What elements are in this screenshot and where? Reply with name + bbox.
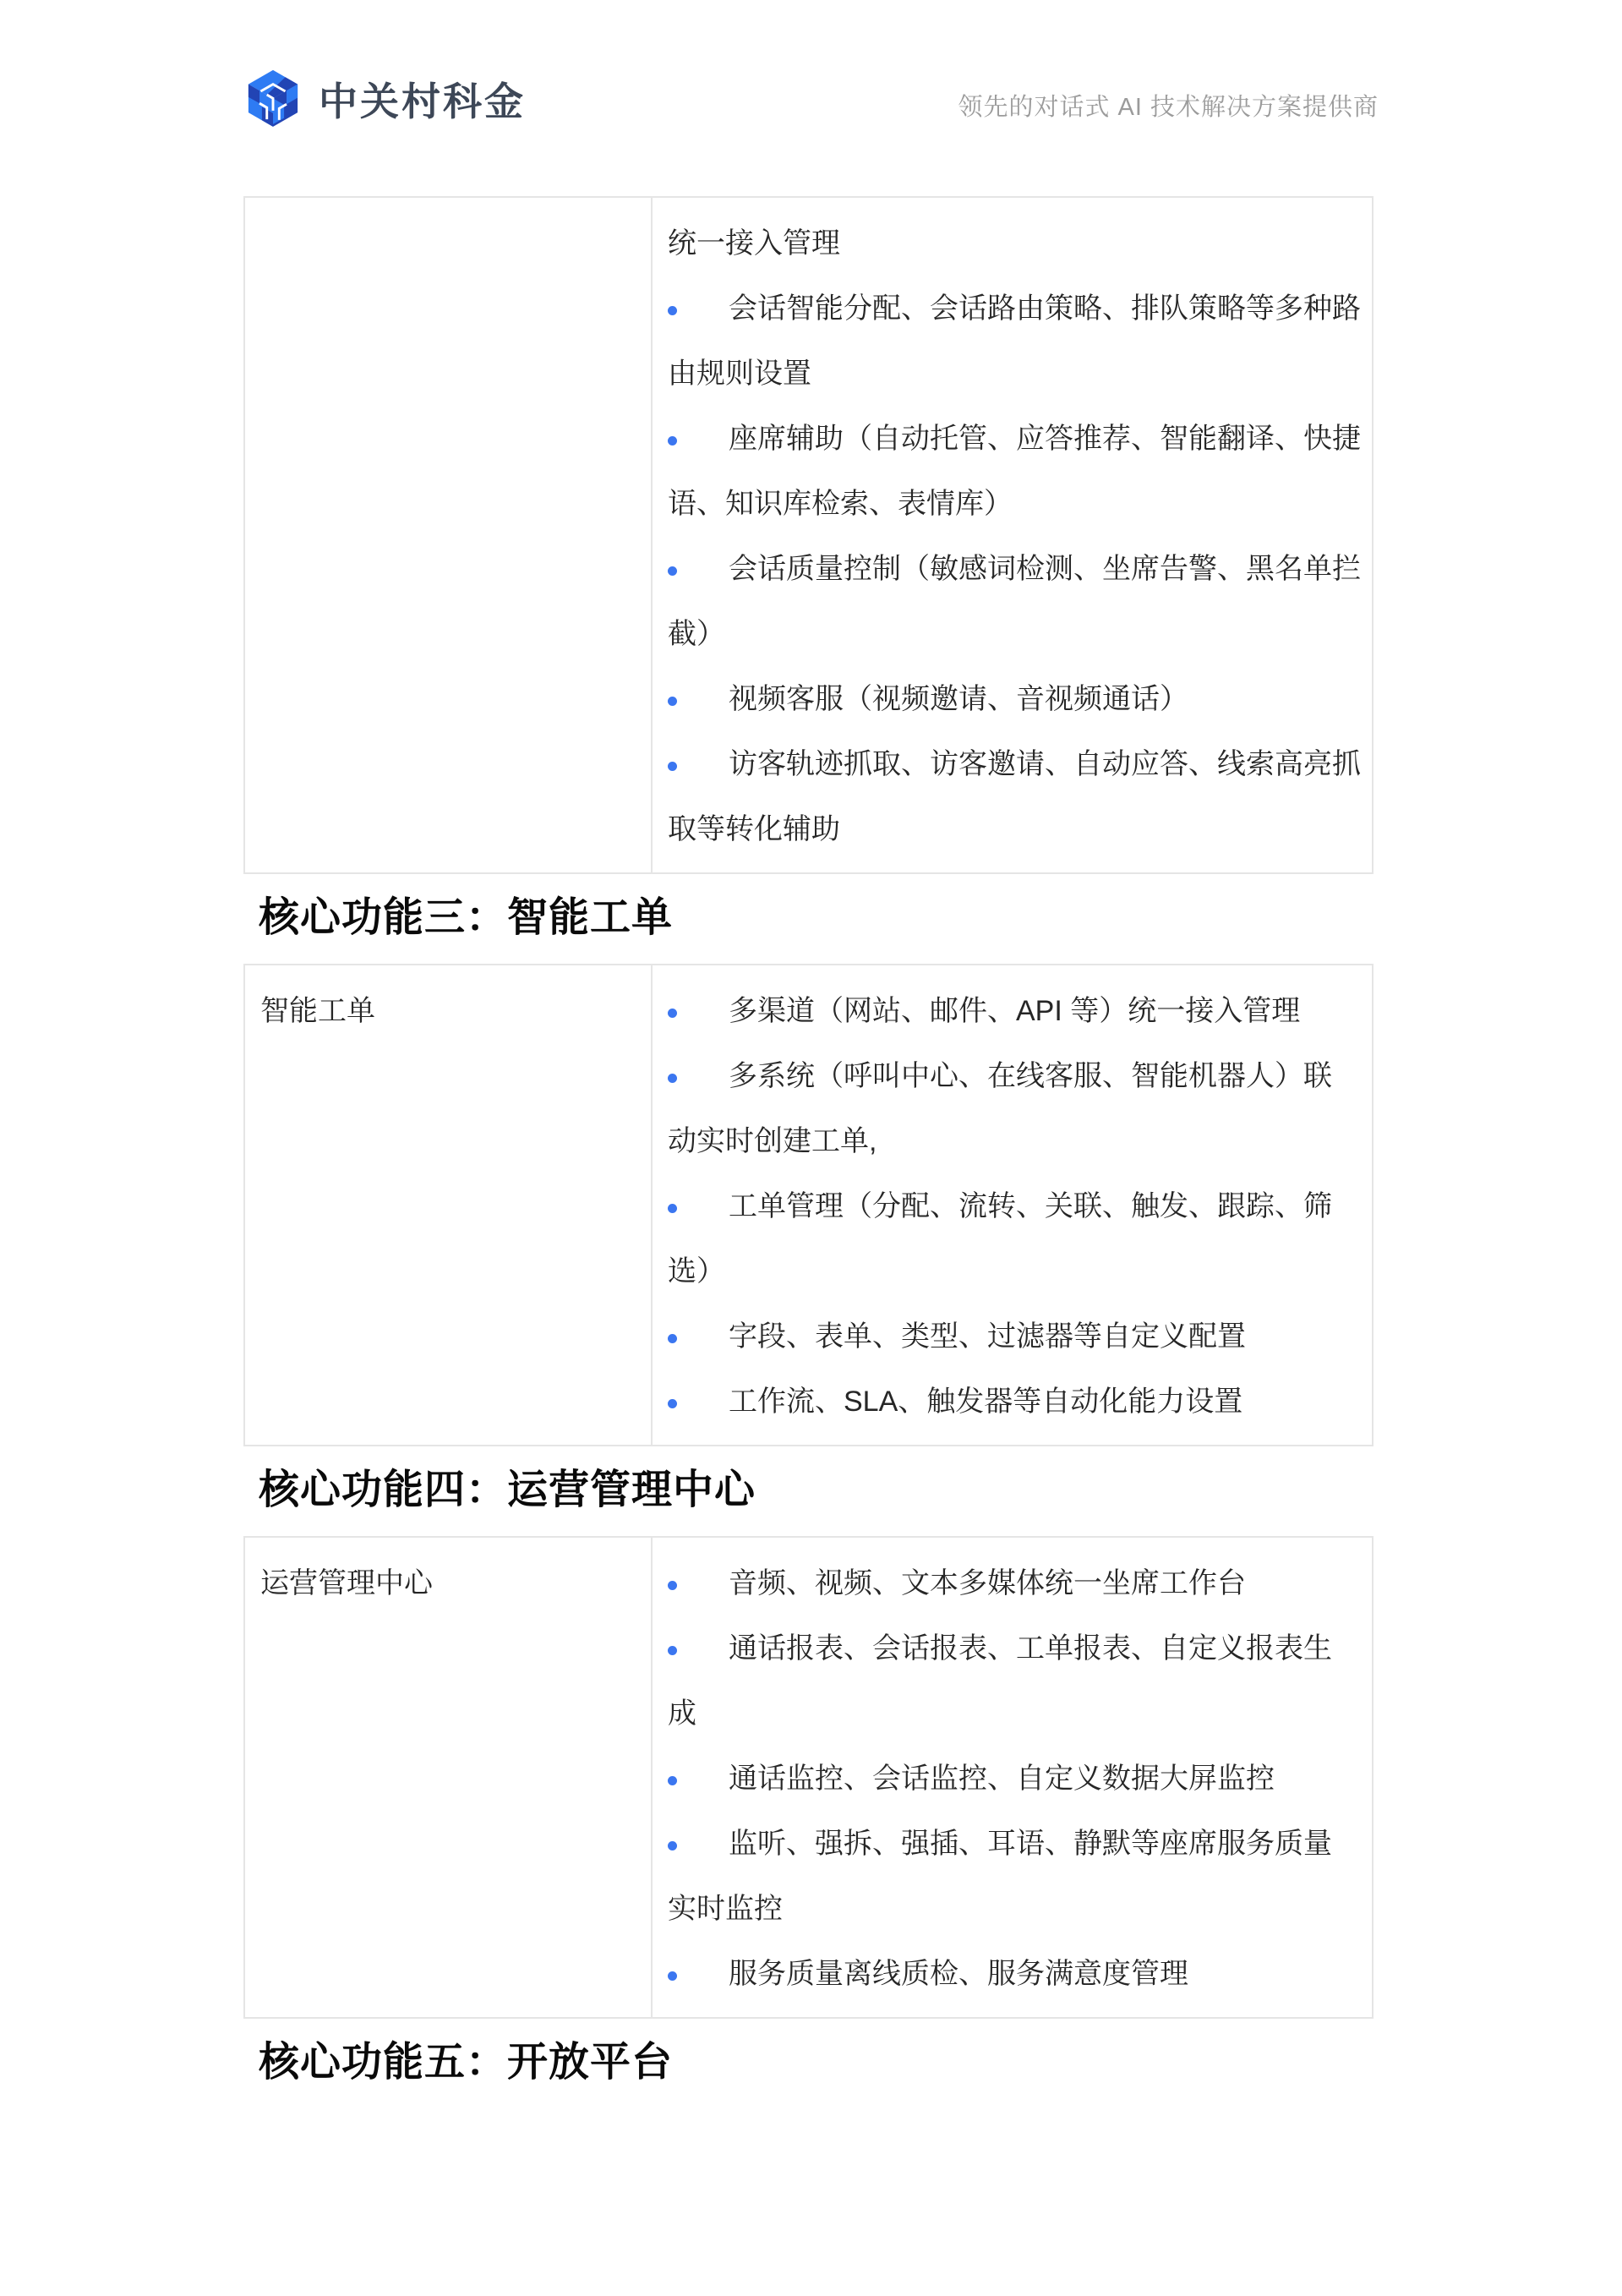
bullet-line: 多渠道（网站、邮件、API 等）统一接入管理 [668,979,1357,1044]
document-content: 统一接入管理会话智能分配、会话路由策略、排队策略等多种路由规则设置座席辅助（自动… [243,196,1374,2108]
bullet-dot-icon [668,1399,677,1408]
bullet-line: 工单管理（分配、流转、关联、触发、跟踪、筛 [668,1174,1357,1239]
bullet-line: 字段、表单、类型、过滤器等自定义配置 [668,1304,1357,1369]
text-line: 实时监控 [668,1877,1357,1942]
text-line: 由规则设置 [668,342,1357,407]
table-label-cell: 智能工单 [244,965,652,1446]
text-line: 成 [668,1681,1357,1747]
bullet-dot-icon [668,1074,677,1083]
bullet-dot-icon [668,1646,677,1655]
table-row: 运营管理中心 音频、视频、文本多媒体统一坐席工作台通话报表、会话报表、工单报表、… [244,1537,1373,2018]
bullet-dot-icon [668,762,677,771]
bullet-line: 通话报表、会话报表、工单报表、自定义报表生 [668,1616,1357,1681]
table-label-cell: 运营管理中心 [244,1537,652,2018]
table-label-cell [244,197,652,873]
header-tagline: 领先的对话式 AI 技术解决方案提供商 [958,88,1379,123]
bullet-dot-icon [668,306,677,315]
bullet-line: 会话智能分配、会话路由策略、排队策略等多种路 [668,276,1357,342]
bullet-line: 会话质量控制（敏感词检测、坐席告警、黑名单拦 [668,537,1357,602]
bullet-dot-icon [668,1841,677,1850]
bullet-line: 监听、强拆、强插、耳语、静默等座席服务质量 [668,1812,1357,1877]
text-line: 截） [668,602,1357,667]
cube-logo-icon [241,68,305,135]
bullet-dot-icon [668,697,677,706]
text-line: 选） [668,1239,1357,1304]
bullet-dot-icon [668,1581,677,1590]
table-content-cell: 多渠道（网站、邮件、API 等）统一接入管理多系统（呼叫中心、在线客服、智能机器… [652,965,1373,1446]
feature-table-operation-center: 运营管理中心 音频、视频、文本多媒体统一坐席工作台通话报表、会话报表、工单报表、… [243,1536,1374,2019]
bullet-line: 访客轨迹抓取、访客邀请、自动应答、线索高亮抓 [668,732,1357,797]
bullet-line: 工作流、SLA、触发器等自动化能力设置 [668,1369,1357,1435]
bullet-line: 座席辅助（自动托管、应答推荐、智能翻译、快捷 [668,407,1357,472]
bullet-dot-icon [668,1776,677,1785]
feature-table-online-service: 统一接入管理会话智能分配、会话路由策略、排队策略等多种路由规则设置座席辅助（自动… [243,196,1374,874]
text-line: 统一接入管理 [668,211,1357,276]
bullet-line: 多系统（呼叫中心、在线客服、智能机器人）联 [668,1044,1357,1109]
bullet-line: 视频客服（视频邀请、音视频通话） [668,667,1357,732]
logo-text: 中关村科金 [319,68,526,135]
bullet-line: 音频、视频、文本多媒体统一坐席工作台 [668,1551,1357,1616]
page-header: 中关村科金 领先的对话式 AI 技术解决方案提供商 [241,68,1379,135]
text-line: 取等转化辅助 [668,797,1357,862]
bullet-line: 服务质量离线质检、服务满意度管理 [668,1942,1357,2007]
table-row: 统一接入管理会话智能分配、会话路由策略、排队策略等多种路由规则设置座席辅助（自动… [244,197,1373,873]
bullet-dot-icon [668,1204,677,1213]
section-heading-smart-ticket: 核心功能三：智能工单 [259,894,1374,942]
section-heading-operation-center: 核心功能四：运营管理中心 [259,1467,1374,1514]
table-content-cell: 统一接入管理会话智能分配、会话路由策略、排队策略等多种路由规则设置座席辅助（自动… [652,197,1373,873]
company-logo: 中关村科金 [241,68,526,135]
table-content-cell: 音频、视频、文本多媒体统一坐席工作台通话报表、会话报表、工单报表、自定义报表生成… [652,1537,1373,2018]
document-page: { "header": { "logo_text": "中关村科金", "tag… [0,0,1622,2296]
section-heading-open-platform: 核心功能五：开放平台 [259,2039,1374,2086]
bullet-dot-icon [668,1009,677,1018]
text-line: 语、知识库检索、表情库） [668,472,1357,537]
bullet-line: 通话监控、会话监控、自定义数据大屏监控 [668,1747,1357,1812]
text-line: 动实时创建工单, [668,1109,1357,1174]
bullet-dot-icon [668,1971,677,1981]
bullet-dot-icon [668,566,677,576]
bullet-dot-icon [668,436,677,446]
feature-table-smart-ticket: 智能工单 多渠道（网站、邮件、API 等）统一接入管理多系统（呼叫中心、在线客服… [243,964,1374,1446]
table-row: 智能工单 多渠道（网站、邮件、API 等）统一接入管理多系统（呼叫中心、在线客服… [244,965,1373,1446]
bullet-dot-icon [668,1334,677,1343]
